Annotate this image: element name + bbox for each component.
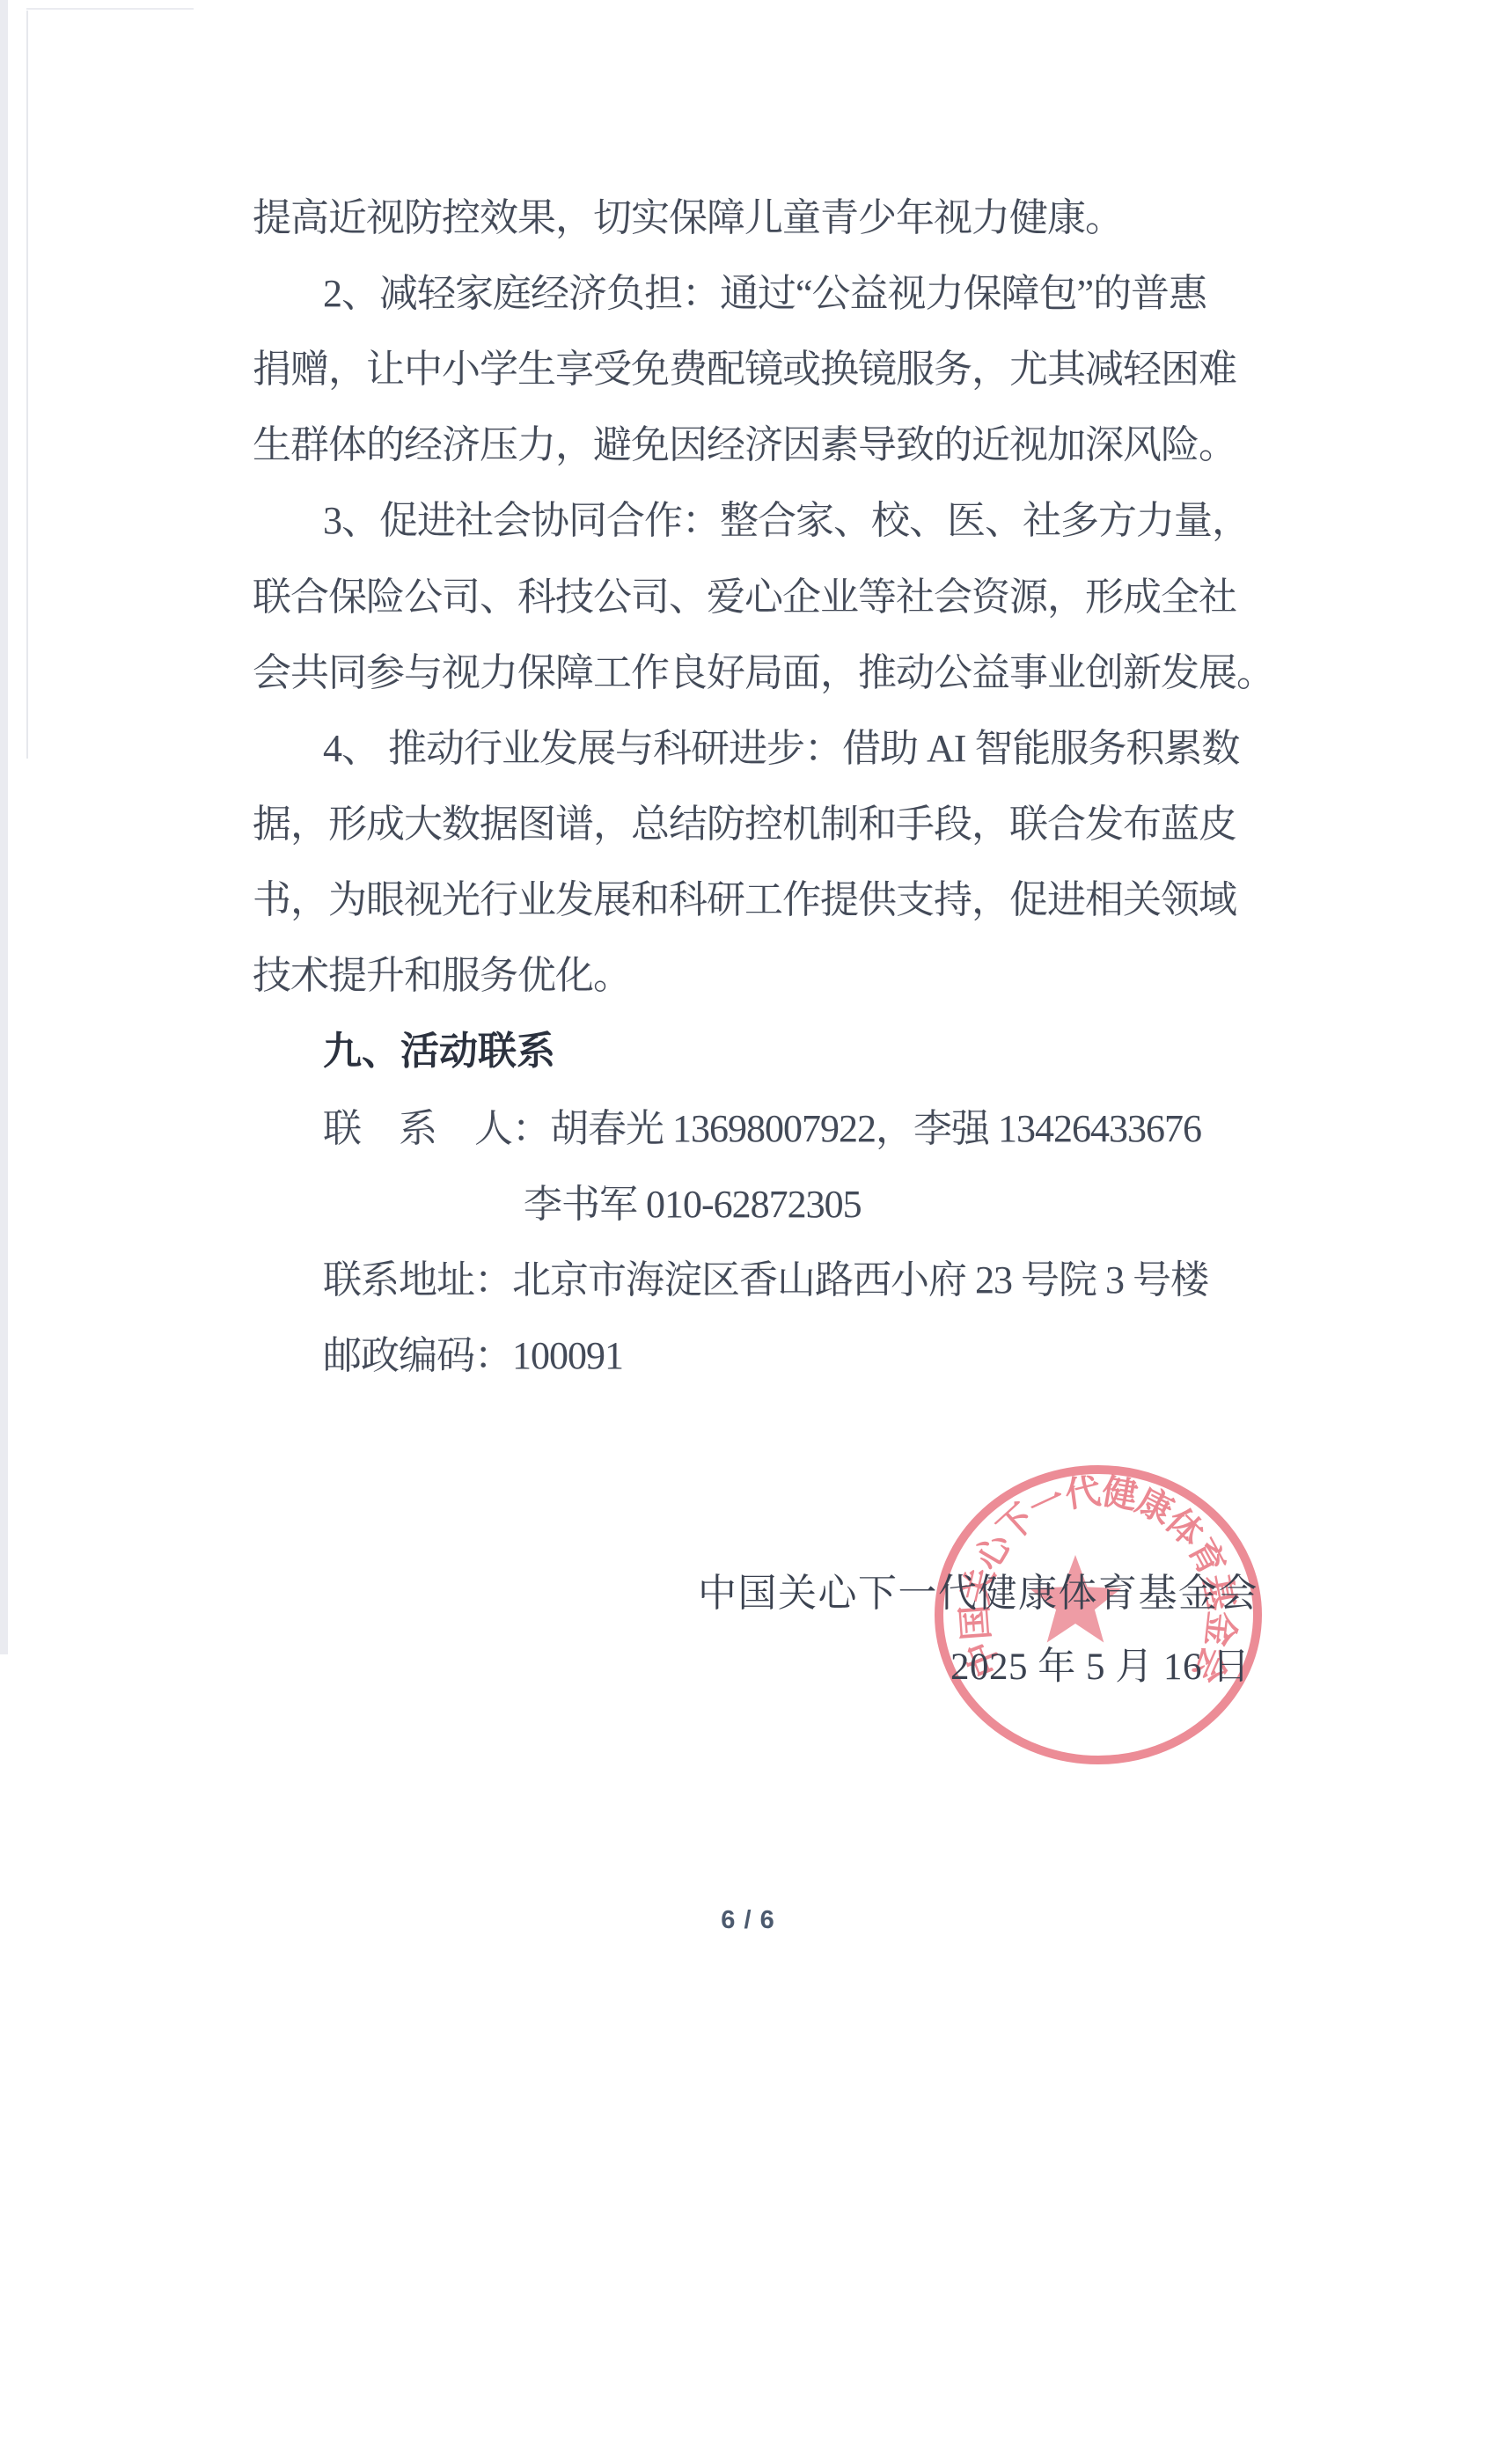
body-line: 3、促进社会协同合作：整合家、校、医、社多方力量， [323,502,1250,540]
body-line: 2、减轻家庭经济负担：通过“公益视力保障包”的普惠 [323,275,1206,313]
body-line: 捐赠，让中小学生享受免费配镜或换镜服务，尤其减轻困难 [253,350,1236,389]
contact-person-line-2: 李书军 010-62872305 [524,1185,862,1224]
body-line: 联合保险公司、科技公司、爱心企业等社会资源，形成全社 [253,578,1236,617]
page-number: 6 / 6 [0,1906,1496,1935]
body-line: 技术提升和服务优化。 [253,957,631,995]
scan-edge-artifact-left [0,0,8,1654]
signature-organization: 中国关心下一代健康体育基金会 [698,1574,1258,1613]
contact-person-line: 联 系 人：胡春光 13698007922，李强 13426433676 [323,1110,1201,1148]
official-seal-stamp: 中国关心下一代健康体育基金会 [933,1463,1265,1766]
body-line: 会共同参与视力保障工作良好局面，推动公益事业创新发展。 [253,654,1274,693]
body-line: 生群体的经济压力，避免因经济因素导致的近视加深风险。 [253,426,1236,465]
section-heading: 九、活动联系 [323,1032,555,1071]
body-line: 提高近视防控效果，切实保障儿童青少年视力健康。 [253,199,1123,238]
scan-page-edge-vertical [26,11,28,759]
signature-date: 2025 年 5 月 16 日 [950,1648,1250,1686]
scan-page-edge-horizontal [26,8,194,10]
contact-address-line: 联系地址：北京市海淀区香山路西小府 23 号院 3 号楼 [323,1261,1208,1300]
document-page: 提高近视防控效果，切实保障儿童青少年视力健康。2、减轻家庭经济负担：通过“公益视… [0,0,1496,2464]
body-line: 据，形成大数据图谱，总结防控机制和手段，联合发布蓝皮 [253,805,1236,844]
contact-postcode-line: 邮政编码：100091 [323,1337,623,1375]
body-line: 4、 推动行业发展与科研进步：借助 AI 智能服务积累数 [323,730,1239,768]
body-line: 书，为眼视光行业发展和科研工作提供支持，促进相关领域 [253,881,1236,920]
